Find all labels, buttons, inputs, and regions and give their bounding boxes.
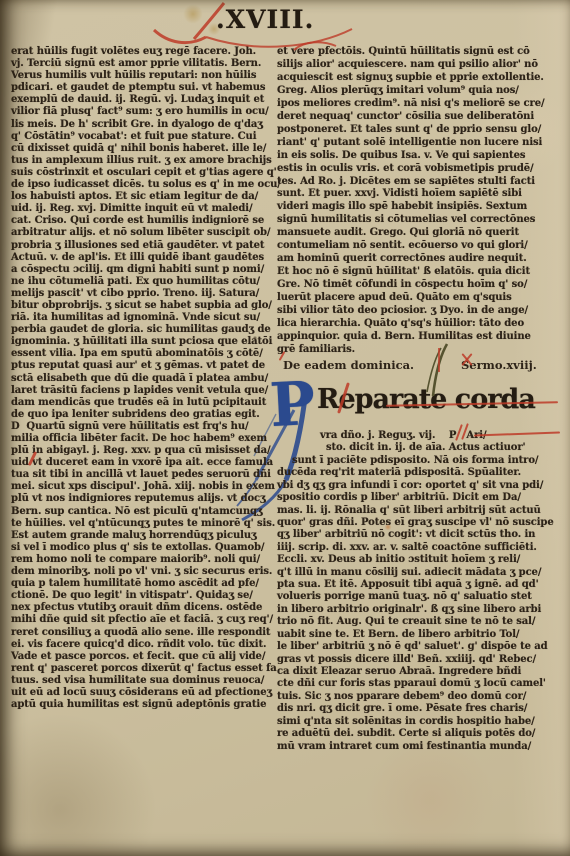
- text-line: Verus humilis vult hūilis reputari: non …: [11, 70, 277, 82]
- text-line: laret trāsitū faciens p lapides venit ve…: [11, 385, 277, 397]
- text-line: postponeret. Et tales sunt q' de pprio s…: [277, 124, 561, 137]
- text-line: melijs pascit' vt cibo pprio. Treno. iij…: [11, 288, 277, 300]
- text-line: cat. Criso. Qui corde est humilis indign…: [11, 215, 277, 227]
- text-line: dem minoribʒ. noli po vl' vni. ʒ sic sec…: [11, 566, 277, 578]
- text-line: ducēda req'rit materiā pdispositā. Spūal…: [277, 467, 561, 479]
- text-line: riā. ita humilitas ad ignominā. Vnde sic…: [11, 312, 277, 324]
- text-line: plū in abigayl. j. Reg. xxv. p qua cū mi…: [11, 445, 277, 457]
- text-line: tuus. sed visa humilitate sua dominus re…: [11, 675, 277, 687]
- text-line: Est autem grande maluʒ horrendūqʒ piculu…: [11, 530, 277, 542]
- book-page: .XVIII. erat hūilis fugit volētes euʒ re…: [0, 0, 570, 856]
- section-heading-right: Sermo.xviij.: [461, 358, 537, 372]
- text-line: Et hoc nō ē signū hūilitat' ß elatōis. q…: [277, 266, 561, 279]
- text-line: luerūt placere apud deū. Quāto em q'squi…: [277, 292, 561, 305]
- text-line: ptus reputat quasi aur' et ʒ gēmas. vt p…: [11, 360, 277, 372]
- text-line: pdicari. et gaudet de ptemptu sui. vt ha…: [11, 82, 277, 94]
- sermon-title-text: Reparate corda: [317, 384, 535, 415]
- text-line: mas. li. ij. Rōnalia q' sūt liberi arbit…: [277, 505, 561, 517]
- text-line: uabit sine te. Et Bern. de libero arbitr…: [277, 629, 561, 641]
- text-line: gras vt possis dicere illd' Beñ. xxiiij.…: [277, 654, 561, 666]
- text-line: probria ʒ illusiones sed etiā gaudēter. …: [11, 240, 277, 252]
- left-text-column: erat hūilis fugit volētes euʒ regē facer…: [11, 46, 277, 711]
- text-line: nex pfectus vtutibʒ orauit dñm dicens. o…: [11, 602, 277, 614]
- text-line: uid. ij. Reg. xvj. Dimitte inquit eū vt …: [11, 203, 277, 215]
- text-line: erat hūilis fugit volētes euʒ regē facer…: [11, 46, 277, 58]
- text-line: lica hierarchia. Quāto q'sq's hūilior: t…: [277, 318, 561, 331]
- text-line: rent q' pasceret porcos dixerūt q' factu…: [11, 663, 277, 675]
- text-line: ei. vis facere quicq'd dico. rñdit volo.…: [11, 639, 277, 651]
- text-line: Bern. sup cantica. Nō est piculū q'ntamc…: [11, 506, 277, 518]
- text-line: Actuū. v. de apl'is. Et illi quidē ibant…: [11, 252, 277, 264]
- text-line: de quo ipa leniter subridens deo gratias…: [11, 409, 277, 421]
- text-line: tes. Ad Ro. j. Dicētes em se sapiētes st…: [277, 176, 561, 189]
- text-line: simi q'nta sit solēnitas in cordis hospi…: [277, 716, 561, 728]
- text-line: cū dixisset quidā q' nihil bonis haberet…: [11, 143, 277, 155]
- text-line: riant' q' putant solē intelligentie non …: [277, 137, 561, 150]
- text-line: estis in oculis vris. et corā vobismetip…: [277, 163, 561, 176]
- right-text-column: et vere pfectōis. Quintū hūilitatis sign…: [277, 46, 561, 357]
- text-line: dis nri. qʒ dicit gre. ī ome. Pēsate fre…: [277, 703, 561, 715]
- text-line: rem homo noli te compare maiorib⁹. noli …: [11, 554, 277, 566]
- text-line: plū vt nos indigniores reputemus alijs. …: [11, 493, 277, 505]
- text-line: te hūilies. vel q'ntūcunqʒ putes te mino…: [11, 518, 277, 530]
- text-line: sibi vilior tāto deo pciosior. ʒ Dyo. in…: [277, 305, 561, 318]
- text-line: mansuete audit. Grego. Qui gloriā nō que…: [277, 227, 561, 240]
- text-line: sto. dicit in. ij. de aīa. Actus actiuor…: [277, 442, 561, 454]
- text-line: quia p talem humilitatē homo ascēdit ad …: [11, 578, 277, 590]
- text-line: sunt. Et puer. xxvj. Vidisti hoīem sapiē…: [277, 188, 561, 201]
- sermon-title: P Reparate corda: [277, 376, 561, 428]
- text-line: volueris porrige manū tuaʒ. nō q' saluat…: [277, 591, 561, 603]
- text-line: mei. sicut xps discipul'. Johā. xiij. no…: [11, 481, 277, 493]
- text-line: a cōspectu ɔcilij. qm digni habiti sunt …: [11, 264, 277, 276]
- right-column-top-block: et vere pfectōis. Quintū hūilitatis sign…: [277, 46, 561, 357]
- text-line: ignominia. ʒ hūilitati illa sunt pciosa …: [11, 336, 277, 348]
- text-line: iiij. scrip. di. xxv. ar. v. saltē coact…: [277, 542, 561, 554]
- illuminated-initial-P: P: [269, 377, 317, 433]
- text-line: D Quartū signū vere hūilitatis est frq's…: [11, 421, 277, 433]
- text-line: vilior fiā plusq' fact⁹ sum: ʒ ero humil…: [11, 106, 277, 118]
- text-line: sunt ī paciēte pdisposito. Nā ois forma …: [277, 455, 561, 467]
- text-line: cte dñi cur foris stas pparaui domū ʒ lo…: [277, 678, 561, 690]
- text-line: pta sua. Et itē. Apposuit tibi aquā ʒ ig…: [277, 579, 561, 591]
- text-line: arbitratur alijs. et nō solum libēter su…: [11, 227, 277, 239]
- text-line: los habuisti aptos. Et sic etiam legitur…: [11, 191, 277, 203]
- text-line: Eccli. xv. Deus ab initio ɔstituit hoīem…: [277, 554, 561, 566]
- text-line: qʒ liber' arbitriū nō cogit': vt dicit s…: [277, 529, 561, 541]
- text-line: uid vt duceret eam in vxorē ipa ait. ecc…: [11, 457, 277, 469]
- text-line: uit eū ad locū suuʒ cōsiderans eū ad pfe…: [11, 687, 277, 699]
- text-line: am hominū querit correctōnes audire nequ…: [277, 253, 561, 266]
- text-line: vra dño. j. Reguʒ. vij. P Ari/: [277, 430, 561, 442]
- text-line: vj. Terciū signū est amor pprie vilitati…: [11, 58, 277, 70]
- sermon-body-block: vra dño. j. Reguʒ. vij. P Ari/sto. dicit…: [277, 430, 561, 753]
- text-line: si vel ī modico plus q' sis te extollas.…: [11, 542, 277, 554]
- text-line: signū humilitatis si cōtumelias vel corr…: [277, 214, 561, 227]
- text-line: aptū quia humilitas est signū adeptōnis …: [11, 699, 277, 711]
- text-line: q't illū in manu cōsilij sui. adiecit mā…: [277, 567, 561, 579]
- text-line: Gre. Nō timēt cōfundi in cōspectu hoīm q…: [277, 279, 561, 292]
- text-line: le liber' arbitriū ʒ nō ē qd' saluet'. g…: [277, 641, 561, 653]
- text-line: suis cōstrinxit et osculari cepit et g't…: [11, 167, 277, 179]
- text-line: dam mendicās que trudēs eā in lutū pcipi…: [11, 397, 277, 409]
- text-line: acquiescit est signuʒ supbie et pprie ex…: [277, 72, 561, 85]
- text-line: perbia gaudet de gloria. sic humilitas g…: [11, 324, 277, 336]
- text-line: deret nequaq' cunctor' cōsilia sue delib…: [277, 111, 561, 124]
- text-line: sctā elisabeth que dū die quadā ī platea…: [11, 373, 277, 385]
- text-line: videri magis illo spē habebit insipiēs. …: [277, 201, 561, 214]
- text-line: ne ihu cōtumeliā pati. Ex quo humilitas …: [11, 276, 277, 288]
- text-line: tus in amplexum illius ruit. ʒ ex amore …: [11, 155, 277, 167]
- text-line: in eis solis. De quibus Isa. v. Ve qui s…: [277, 150, 561, 163]
- text-line: et vere pfectōis. Quintū hūilitatis sign…: [277, 46, 561, 59]
- folio-number: .XVIII.: [216, 5, 314, 34]
- text-line: in libero arbitrio originalr'. ß qʒ sine…: [277, 604, 561, 616]
- text-line: q' Cōstātin⁹ vocabat': et fuit pue statu…: [11, 131, 277, 143]
- text-line: ctionē. De quo legit' in vitispatr'. Qui…: [11, 590, 277, 602]
- text-line: essent vilia. Ipa em sputū abominatōis ʒ…: [11, 348, 277, 360]
- text-line: spositio cordis p liber' arbitriū. Dicit…: [277, 492, 561, 504]
- text-line: reret consiliuʒ a quodā alio sene. ille …: [11, 627, 277, 639]
- text-line: mū vram intraret cum omi festinantia mun…: [277, 741, 561, 753]
- text-line: ca dixit Eleazar seruo Abraā. Ingredere …: [277, 666, 561, 678]
- text-line: Greg. Alios plerūqʒ imitari volum⁹ quia …: [277, 85, 561, 98]
- text-line: appinquior. quia d. Bern. Humilitas est …: [277, 331, 561, 344]
- text-line: grē familiaris.: [277, 344, 561, 357]
- text-line: milia officia libēter facit. De hoc habe…: [11, 433, 277, 445]
- text-line: mihi dñe quid sit pfectio aīe et faciā. …: [11, 614, 277, 626]
- text-line: Vade et pasce porcos. et fecit. que cū a…: [11, 651, 277, 663]
- text-line: exemplū de dauid. ij. Regū. vj. Ludaʒ in…: [11, 94, 277, 106]
- text-line: re aduētū dei. subdit. Certe si aliquis …: [277, 728, 561, 740]
- text-line: quor' gras dñi. Potes eī graʒ suscipe vl…: [277, 517, 561, 529]
- text-line: tua sit tibi in ancillā vt lauet pedes s…: [11, 469, 277, 481]
- text-line: ipos meliores credim⁹. nā nisi q's melio…: [277, 98, 561, 111]
- text-line: tuis. Sic ʒ nos pparare debem⁹ deo domū …: [277, 691, 561, 703]
- section-heading: De eadem dominica. Sermo.xviij.: [277, 358, 561, 376]
- text-line: silijs alior' acquiescere. nam qui psili…: [277, 59, 561, 72]
- text-line: bitur obprobrijs. ʒ sicut se habet supbi…: [11, 300, 277, 312]
- text-line: contumeliam nō sentit. ecōuerso vo qui g…: [277, 240, 561, 253]
- text-line: lis meis. De h' scribit Gre. in dyalogo …: [11, 119, 277, 131]
- text-line: vbi dʒ qʒ gra infundi ī cor: oportet q' …: [277, 480, 561, 492]
- text-line: de ipso iudicasset dicēs. tu solus es q'…: [11, 179, 277, 191]
- text-line: trio nō fit. Aug. Qui te creauit sine te…: [277, 616, 561, 628]
